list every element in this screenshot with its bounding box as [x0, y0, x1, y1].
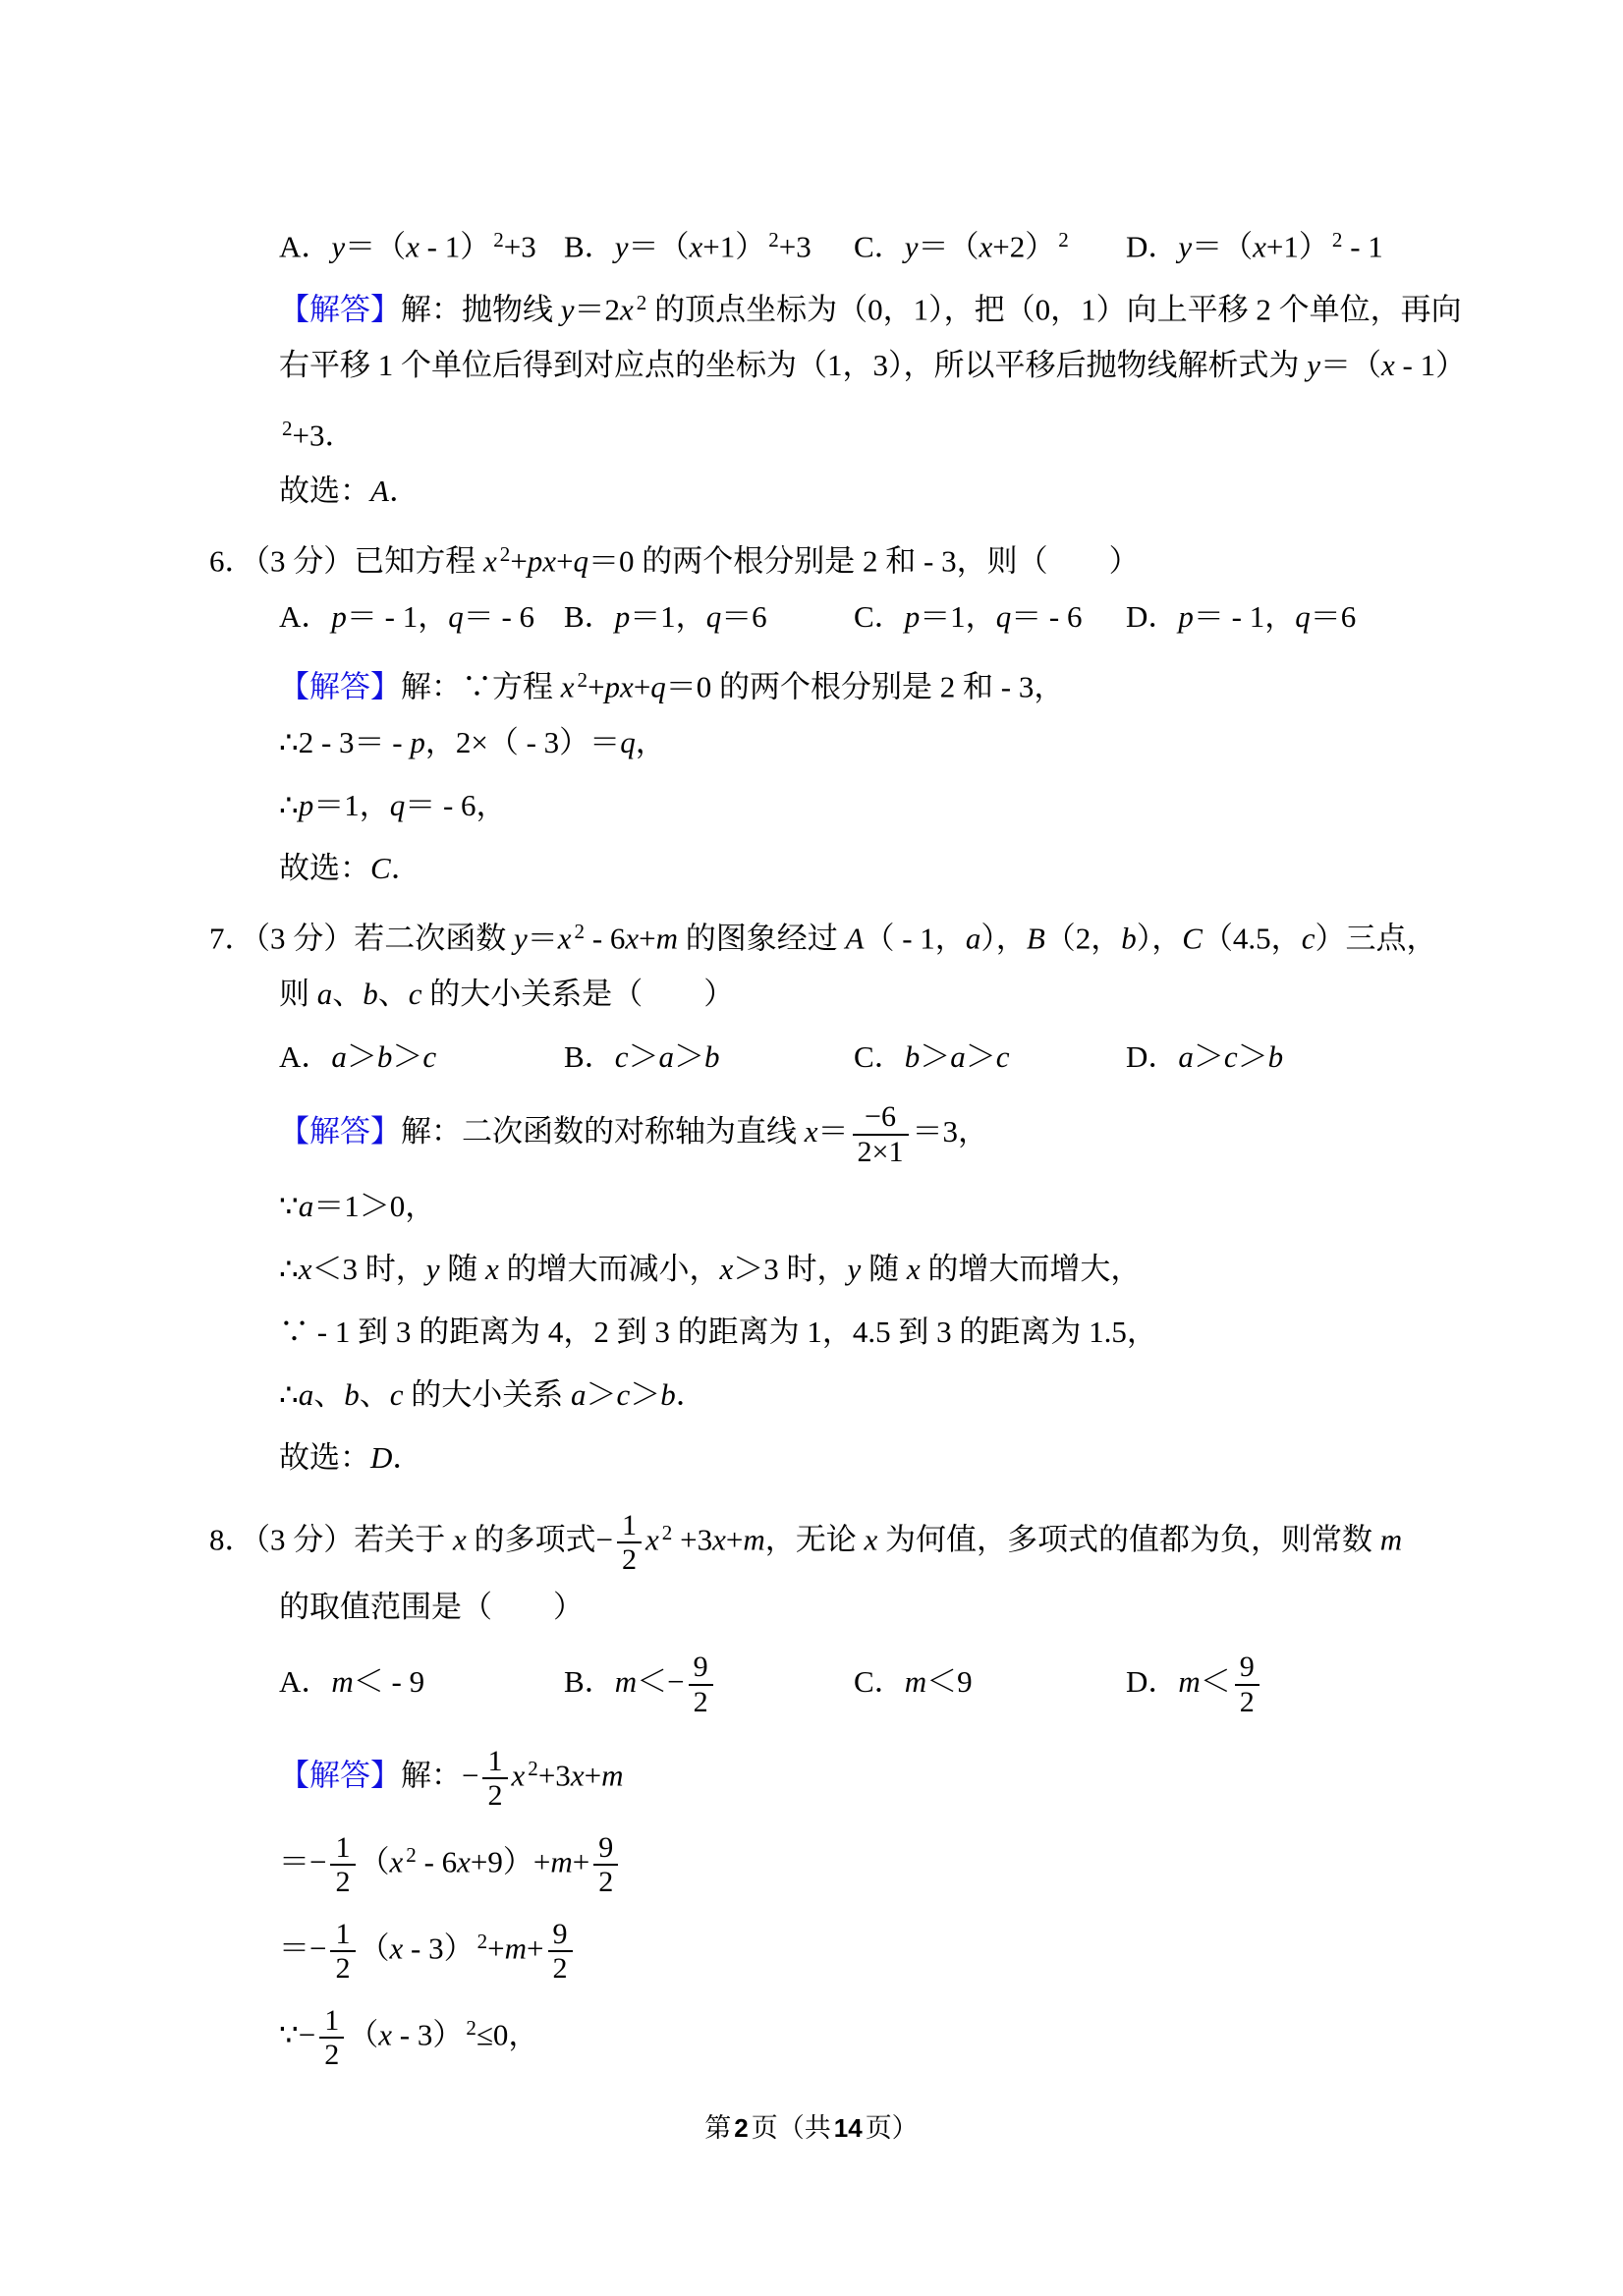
solution-step-line: ∵a＝1＞0，	[0, 1175, 1623, 1238]
math-var: x	[1381, 348, 1395, 382]
math-var: m	[1380, 1523, 1402, 1557]
text-run: 右平移 1 个单位后得到对应点的坐标为（1，3），所以平移后抛物线解析式为	[279, 348, 1307, 382]
text-run: ∵	[279, 1189, 299, 1223]
text-run: +	[585, 1759, 601, 1793]
math-var: x	[907, 1252, 921, 1286]
math-var: x	[483, 544, 497, 579]
text-run: +3	[779, 230, 811, 264]
math-var: c	[996, 1039, 1010, 1074]
math-var: x	[485, 1252, 499, 1286]
solution-continuation-line: 右平移 1 个单位后得到对应点的坐标为（1，3），所以平移后抛物线解析式为 y＝…	[0, 334, 1623, 397]
math-var: b	[1268, 1039, 1284, 1074]
options-row-q5: A．y＝（x - 1）2+3B．y＝（x+1）2+3C．y＝（x+2）2D．y＝…	[0, 208, 1623, 271]
text-run: 的图象经过	[678, 922, 846, 956]
text-run: ），	[980, 922, 1027, 956]
text-run: ＞	[392, 1039, 422, 1074]
option-label: B．	[564, 230, 615, 264]
math-var: x	[625, 922, 639, 956]
text-run: 故选：	[279, 1440, 370, 1475]
math-var: q	[650, 670, 666, 704]
text-run: 故选：	[279, 474, 370, 508]
text-run: - 6	[417, 1845, 457, 1879]
text-run: 8．（3 分）若关于	[209, 1523, 453, 1557]
text-run: - 3）	[403, 1932, 474, 1966]
option-label: D．	[1126, 1039, 1178, 1074]
text-run: +	[556, 544, 573, 579]
text-run: +1）	[702, 230, 765, 264]
options-row-q7: A．a＞b＞cB．c＞a＞bC．b＞a＞cD．a＞c＞b	[0, 1026, 1623, 1089]
text-run: （ - 1，	[864, 922, 965, 956]
answer-tag: 【解答】	[279, 1114, 401, 1148]
answer-tag: 【解答】	[279, 670, 401, 704]
math-var: p	[1178, 599, 1194, 634]
answer-choice-line-q5: 故选：A．	[0, 460, 1623, 523]
text-run: - 1）	[420, 230, 490, 264]
text-run: ＝ - 6	[1011, 599, 1082, 634]
math-var: y	[615, 230, 629, 264]
exam-document-page: A．y＝（x - 1）2+3B．y＝（x+1）2+3C．y＝（x+2）2D．y＝…	[0, 0, 1623, 2296]
text-run: ＝−	[279, 1932, 326, 1966]
question-continuation-line: 则 a、b、c 的大小关系是（ ）	[0, 963, 1623, 1026]
text-run: 的增大而减小，	[499, 1252, 720, 1286]
math-var: a	[299, 1377, 314, 1412]
text-run: ＜3 时，	[312, 1252, 426, 1286]
solution-line-q5: 【解答】解：抛物线 y＝2x2 的顶点坐标为（0，1），把（0，1）向上平移 2…	[0, 271, 1623, 334]
text-run: ，2×（ - 3）＝	[425, 725, 620, 759]
fraction: 92	[548, 1918, 573, 1986]
option-item: D．y＝（x+1）2 - 1	[1126, 208, 1623, 271]
option-label: D．	[1126, 230, 1178, 264]
math-var: c	[615, 1039, 629, 1074]
math-var: c	[409, 977, 422, 1011]
text-run: ＝−	[279, 1845, 326, 1879]
math-var: x	[390, 1932, 404, 1966]
math-var: x	[620, 670, 634, 704]
superscript: 2	[768, 228, 779, 252]
math-var: c	[422, 1039, 436, 1074]
text-run: ＞	[347, 1039, 377, 1074]
text-run: 为何值，多项式的值都为负，则常数	[877, 1523, 1380, 1557]
text-run: 的多项式−	[467, 1523, 613, 1557]
text-run: 解：∵方程	[401, 670, 561, 704]
text-run: +	[573, 1845, 589, 1879]
math-var: a	[966, 922, 981, 956]
superscript: 2	[466, 2016, 476, 2040]
math-var: x	[299, 1252, 312, 1286]
text-run: ＝	[818, 1114, 849, 1148]
solution-line-q8: 【解答】解：−12x2+3x+m	[0, 1725, 1623, 1812]
text-run: ∵ - 1 到 3 的距离为 4，2 到 3 的距离为 1，4.5 到 3 的距…	[279, 1315, 1157, 1349]
fraction-denominator: 2	[593, 1866, 618, 1899]
option-label: D．	[1126, 1664, 1178, 1699]
fraction-denominator: 2	[330, 1866, 355, 1899]
math-var: c	[617, 1377, 631, 1412]
text-run: （2，	[1045, 922, 1122, 956]
text-run: 解：抛物线	[401, 293, 561, 327]
math-var: x	[979, 230, 992, 264]
text-run: 、	[378, 977, 409, 1011]
math-var: m	[743, 1523, 764, 1557]
fraction-denominator: 2	[689, 1686, 713, 1719]
text-run: +	[634, 670, 650, 704]
math-var: c	[1224, 1039, 1238, 1074]
fraction-numerator: 1	[319, 2004, 344, 2040]
text-run: ＜	[1201, 1664, 1231, 1699]
question-line-6: 6．（3 分）已知方程 x2+px+q＝0 的两个根分别是 2 和 - 3，则（…	[0, 523, 1623, 586]
fraction-numerator: 1	[482, 1745, 507, 1780]
solution-step-line: ∵−12（x - 3）2≤0，	[0, 1985, 1623, 2071]
answer-choice-line-q7: 故选：D．	[0, 1427, 1623, 1489]
text-run: ，无论	[765, 1523, 865, 1557]
text-run: +	[487, 1932, 504, 1966]
text-run: 的大小关系	[404, 1377, 572, 1412]
superscript: 2	[662, 1521, 673, 1544]
text-run: 6．（3 分）已知方程	[209, 544, 483, 579]
option-item: C．m＜9	[854, 1639, 1126, 1725]
solution-step-line: ∴x＜3 时，y 随 x 的增大而减小，x＞3 时，y 随 x 的增大而增大，	[0, 1238, 1623, 1301]
text-run: ＝ - 6，	[405, 788, 506, 822]
math-var: q	[706, 599, 722, 634]
math-var: b	[905, 1039, 921, 1074]
math-var: q	[574, 544, 589, 579]
math-var: x	[378, 2018, 392, 2052]
page-footer: 第2页（共14页）	[0, 2106, 1623, 2145]
math-var: p	[615, 599, 631, 634]
option-item: D．m＜92	[1126, 1639, 1623, 1725]
fraction: 92	[689, 1651, 713, 1718]
math-var: m	[505, 1932, 527, 1966]
text-run: ＝ - 1，	[1194, 599, 1295, 634]
option-item: C．p＝1，q＝ - 6	[854, 586, 1126, 648]
text-run: +1）	[1266, 230, 1329, 264]
solution-step-line: ＝−12（x2 - 6x+9）+m+92	[0, 1812, 1623, 1898]
fraction-numerator: 9	[593, 1831, 618, 1867]
text-run: ．	[392, 1440, 422, 1475]
math-var: a	[299, 1189, 314, 1223]
text-run: +	[639, 922, 655, 956]
fraction-denominator: 2	[330, 1952, 355, 1986]
math-var: y	[1178, 230, 1192, 264]
text-run: 、	[313, 1377, 344, 1412]
text-run: ∴	[279, 788, 299, 822]
text-run: ＝6	[721, 599, 767, 634]
fraction-denominator: 2	[482, 1779, 507, 1813]
fraction: 92	[593, 1831, 618, 1899]
text-run: ．	[676, 1377, 706, 1412]
math-var: x	[512, 1759, 526, 1793]
text-run: ＝3，	[913, 1114, 989, 1148]
math-var: q	[996, 599, 1012, 634]
text-run: +	[527, 1932, 543, 1966]
math-var: m	[656, 922, 678, 956]
fraction-numerator: −6	[853, 1100, 909, 1136]
bold-number: 14	[834, 2113, 863, 2143]
option-item: C．y＝（x+2）2	[854, 208, 1126, 271]
text-run: +2）	[992, 230, 1055, 264]
solution-step-line: ＝−12（x - 3）2+m+92	[0, 1898, 1623, 1985]
option-label: C．	[854, 230, 905, 264]
text-run: ＝2	[575, 293, 621, 327]
text-run: ＞	[920, 1039, 950, 1074]
math-var: a	[571, 1377, 587, 1412]
fraction: 12	[330, 1918, 355, 1986]
text-run: ∴2 - 3＝ -	[279, 725, 410, 759]
superscript: 2	[578, 668, 588, 692]
fraction-denominator: 2	[1235, 1686, 1259, 1719]
fraction-denominator: 2	[617, 1543, 642, 1577]
text-run: ＞	[1194, 1039, 1224, 1074]
option-label: D．	[1126, 599, 1178, 634]
option-item: B．c＞a＞b	[564, 1026, 854, 1089]
text-run: +	[510, 544, 527, 579]
math-var: x	[390, 1845, 404, 1879]
math-var: a	[331, 1039, 347, 1074]
text-run: （	[360, 1845, 390, 1879]
text-run: 第	[704, 2113, 731, 2143]
solution-line-q6: 【解答】解：∵方程 x2+px+q＝0 的两个根分别是 2 和 - 3，	[0, 648, 1623, 711]
fraction: 12	[330, 1831, 355, 1899]
solution-step-line: ∵ - 1 到 3 的距离为 4，2 到 3 的距离为 1，4.5 到 3 的距…	[0, 1301, 1623, 1364]
option-item: A．a＞b＞c	[279, 1026, 564, 1089]
math-var: x	[1253, 230, 1266, 264]
superscript: 2	[477, 1930, 488, 1953]
math-var: q	[620, 725, 636, 759]
math-var: a	[658, 1039, 674, 1074]
fraction: 12	[482, 1745, 507, 1813]
text-run: ＞	[630, 1377, 660, 1412]
math-var: x	[453, 1523, 467, 1557]
math-var: b	[704, 1039, 720, 1074]
superscript: 2	[1058, 228, 1069, 252]
math-var: a	[1178, 1039, 1194, 1074]
text-run: ＝（	[1320, 348, 1381, 382]
solution-step-line: ∴p＝1，q＝ - 6，	[0, 774, 1623, 837]
math-var: x	[542, 544, 556, 579]
text-run: 随	[440, 1252, 486, 1286]
text-run: 随	[861, 1252, 907, 1286]
text-run: +9）+	[471, 1845, 550, 1879]
option-item: C．b＞a＞c	[854, 1026, 1126, 1089]
math-var: y	[331, 230, 345, 264]
text-run: ＝（	[918, 230, 979, 264]
math-var: p	[605, 670, 621, 704]
text-run: ＝（	[1192, 230, 1253, 264]
text-run: +3	[504, 230, 536, 264]
text-run: 页）	[866, 2113, 919, 2143]
text-run: 的取值范围是（ ）	[279, 1590, 584, 1624]
superscript: 2	[493, 228, 504, 252]
math-var: x	[864, 1523, 877, 1557]
math-var: m	[601, 1759, 623, 1793]
text-run: ＝0 的两个根分别是 2 和 - 3，则（ ）	[588, 544, 1140, 579]
math-var: c	[390, 1377, 404, 1412]
math-var: y	[514, 922, 528, 956]
solution-step-line: ∴a、b、c 的大小关系 a＞c＞b．	[0, 1364, 1623, 1427]
option-item: A．y＝（x - 1）2+3	[279, 208, 564, 271]
math-var: x	[689, 230, 702, 264]
fraction-numerator: 1	[330, 1918, 355, 1953]
option-label: B．	[564, 1039, 615, 1074]
solution-line-q7: 【解答】解：二次函数的对称轴为直线 x＝−62×1＝3，	[0, 1089, 1623, 1175]
superscript: 2	[1332, 228, 1343, 252]
solution-step-line: ∴2 - 3＝ - p，2×（ - 3）＝q，	[0, 711, 1623, 774]
math-var: m	[615, 1664, 637, 1699]
text-run: ＞	[674, 1039, 704, 1074]
text-run: ＞	[966, 1039, 996, 1074]
fraction-numerator: 1	[330, 1831, 355, 1867]
option-item: D．a＞c＞b	[1126, 1026, 1623, 1089]
option-item: B．m＜−92	[564, 1639, 854, 1725]
text-run: 页（共	[752, 2113, 831, 2143]
option-item: A．m＜ - 9	[279, 1639, 564, 1725]
text-run: - 1	[1342, 230, 1382, 264]
option-label: C．	[854, 599, 905, 634]
math-var: a	[317, 977, 333, 1011]
superscript: 2	[575, 920, 586, 943]
text-run: ＝0 的两个根分别是 2 和 - 3，	[666, 670, 1065, 704]
math-var: x	[558, 922, 572, 956]
fraction-denominator: 2	[319, 2039, 344, 2072]
math-var: p	[331, 599, 347, 634]
text-run: 故选：	[279, 851, 370, 885]
math-var: p	[905, 599, 921, 634]
text-run: +	[726, 1523, 743, 1557]
math-var: y	[561, 293, 575, 327]
text-run: ＝ - 1，	[347, 599, 448, 634]
superscript: 2	[282, 417, 293, 440]
text-run: ）三点，	[1315, 922, 1436, 956]
option-label: C．	[854, 1039, 905, 1074]
text-run: 解：−	[401, 1759, 478, 1793]
fraction: −62×1	[853, 1100, 909, 1168]
superscript: 2	[637, 291, 647, 314]
math-var: D	[370, 1440, 392, 1475]
document-content: A．y＝（x - 1）2+3B．y＝（x+1）2+3C．y＝（x+2）2D．y＝…	[0, 0, 1623, 2071]
math-var: B	[1027, 922, 1045, 956]
option-item: D．p＝ - 1，q＝6	[1126, 586, 1623, 648]
text-run: ∴	[279, 1252, 299, 1286]
text-run: ＜ - 9	[354, 1664, 424, 1699]
option-label: B．	[564, 1664, 615, 1699]
math-var: m	[550, 1845, 572, 1879]
option-item: A．p＝ - 1，q＝ - 6	[279, 586, 564, 648]
text-run: （4.5，	[1203, 922, 1302, 956]
math-var: C	[370, 851, 391, 885]
text-run: 解：二次函数的对称轴为直线	[401, 1114, 805, 1148]
answer-choice-line-q6: 故选：C．	[0, 837, 1623, 900]
math-var: m	[905, 1664, 926, 1699]
math-var: A	[846, 922, 865, 956]
text-run: +3	[538, 1759, 571, 1793]
math-var: m	[331, 1664, 353, 1699]
text-run: ＝1，	[630, 599, 706, 634]
math-var: p	[299, 788, 314, 822]
math-var: p	[528, 544, 543, 579]
math-var: x	[457, 1845, 471, 1879]
text-run: - 6	[585, 922, 625, 956]
text-run: ＝1，	[313, 788, 390, 822]
text-run: ．	[391, 851, 421, 885]
text-run: （	[360, 1932, 390, 1966]
text-run: 、	[332, 977, 363, 1011]
text-run: （	[348, 2018, 378, 2052]
math-var: x	[561, 670, 575, 704]
math-var: b	[363, 977, 378, 1011]
math-var: x	[620, 293, 634, 327]
math-var: y	[426, 1252, 440, 1286]
math-var: x	[805, 1114, 818, 1148]
text-run: +	[588, 670, 604, 704]
text-run: 7．（3 分）若二次函数	[209, 922, 514, 956]
text-run: ＝1，	[920, 599, 996, 634]
fraction-denominator: 2×1	[853, 1136, 909, 1169]
text-run: ＞	[628, 1039, 658, 1074]
option-label: A．	[279, 1039, 331, 1074]
fraction-numerator: 1	[617, 1509, 642, 1544]
math-var: C	[1182, 922, 1203, 956]
option-label: A．	[279, 599, 331, 634]
text-run: ＝	[528, 922, 558, 956]
math-var: c	[1302, 922, 1315, 956]
fraction: 12	[617, 1509, 642, 1577]
math-var: b	[344, 1377, 360, 1412]
text-run: +3．	[293, 419, 356, 453]
text-run: ＝6	[1311, 599, 1357, 634]
math-var: a	[950, 1039, 966, 1074]
fraction: 12	[319, 2004, 344, 2072]
math-var: y	[905, 230, 919, 264]
math-var: x	[720, 1252, 734, 1286]
text-run: ≤0，	[476, 2018, 539, 2052]
text-run: ∴	[279, 1377, 299, 1412]
math-var: x	[571, 1759, 585, 1793]
text-run: ），	[1137, 922, 1183, 956]
solution-continuation-line: 2+3．	[0, 397, 1623, 460]
math-var: b	[660, 1377, 676, 1412]
text-run: ＝（	[628, 230, 689, 264]
fraction-denominator: 2	[548, 1952, 573, 1986]
fraction-numerator: 9	[548, 1918, 573, 1953]
option-item: B．p＝1，q＝6	[564, 586, 854, 648]
bold-number: 2	[734, 2113, 748, 2143]
fraction-numerator: 9	[689, 1651, 713, 1686]
math-var: q	[390, 788, 406, 822]
text-run: ∵−	[279, 2018, 315, 2052]
question-continuation-line: 的取值范围是（ ）	[0, 1576, 1623, 1639]
math-var: p	[410, 725, 425, 759]
text-run: 的大小关系是（ ）	[422, 977, 735, 1011]
text-run: ＞3 时，	[733, 1252, 847, 1286]
math-var: A	[370, 474, 389, 508]
option-label: B．	[564, 599, 615, 634]
text-run: - 1）	[1395, 348, 1466, 382]
superscript: 2	[500, 542, 511, 566]
text-run: ，	[636, 725, 666, 759]
fraction-numerator: 9	[1235, 1651, 1259, 1686]
text-run: +3	[672, 1523, 712, 1557]
text-run: ＜9	[926, 1664, 973, 1699]
math-var: b	[1121, 922, 1137, 956]
answer-tag: 【解答】	[279, 1759, 401, 1793]
text-run: ＝ - 6	[464, 599, 534, 634]
fraction: 92	[1235, 1651, 1259, 1718]
text-run: 的顶点坐标为（0，1），把（0，1）向上平移 2 个单位，再向	[646, 293, 1461, 327]
question-line-8: 8．（3 分）若关于 x 的多项式−12x2 +3x+m，无论 x 为何值，多项…	[0, 1489, 1623, 1576]
text-run: 的增大而增大，	[921, 1252, 1142, 1286]
math-var: x	[645, 1523, 659, 1557]
text-run: ＞	[587, 1377, 617, 1412]
text-run: 、	[360, 1377, 390, 1412]
